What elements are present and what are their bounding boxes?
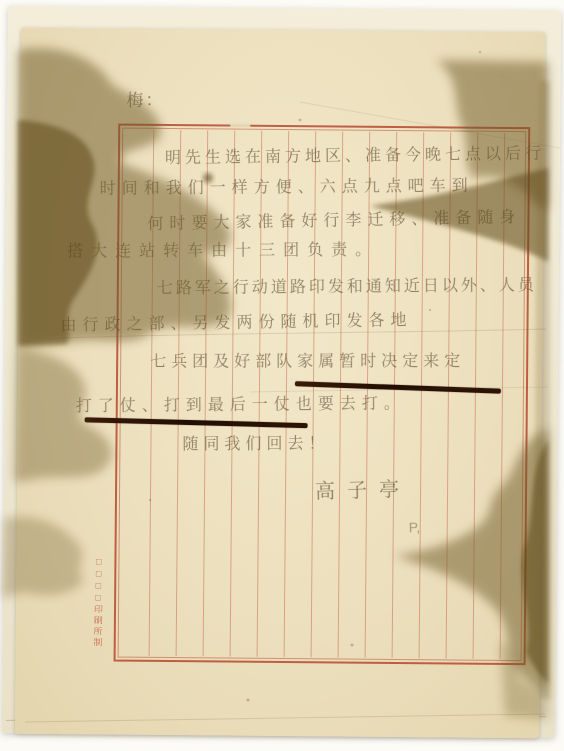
handwriting-line: 时间和我们一样方便、六点九点吧车到 [100,178,474,197]
photo-background: 梅： 明先生选在南方地区、准备今晚七点以后行 时间和我们一样方便、六点九点吧车到… [0,0,564,751]
handwriting-line: 七兵团及好部队家属暂时决定来定 [150,354,465,371]
frame-break [230,123,250,129]
handwriting-line: 打了仗、打到最后一仗也要去打。 [76,396,406,415]
closing-line: 随同我们回去！ [182,436,329,453]
red-border-frame [114,124,531,666]
handwriting-line: 七路军之行动道路印发和通知近日以外、人员 [157,278,537,297]
handwriting-line: 搭大连站转车由十三团负责。 [67,243,379,261]
salutation: 梅： [126,91,164,109]
signature: 高子亭 [315,479,411,502]
postscript-mark: P, [409,520,421,534]
letter-paper: 梅： 明先生选在南方地区、准备今晚七点以后行 时间和我们一样方便、六点九点吧车到… [15,28,545,739]
printer-imprint: □□□□印刷所制 [91,556,106,652]
